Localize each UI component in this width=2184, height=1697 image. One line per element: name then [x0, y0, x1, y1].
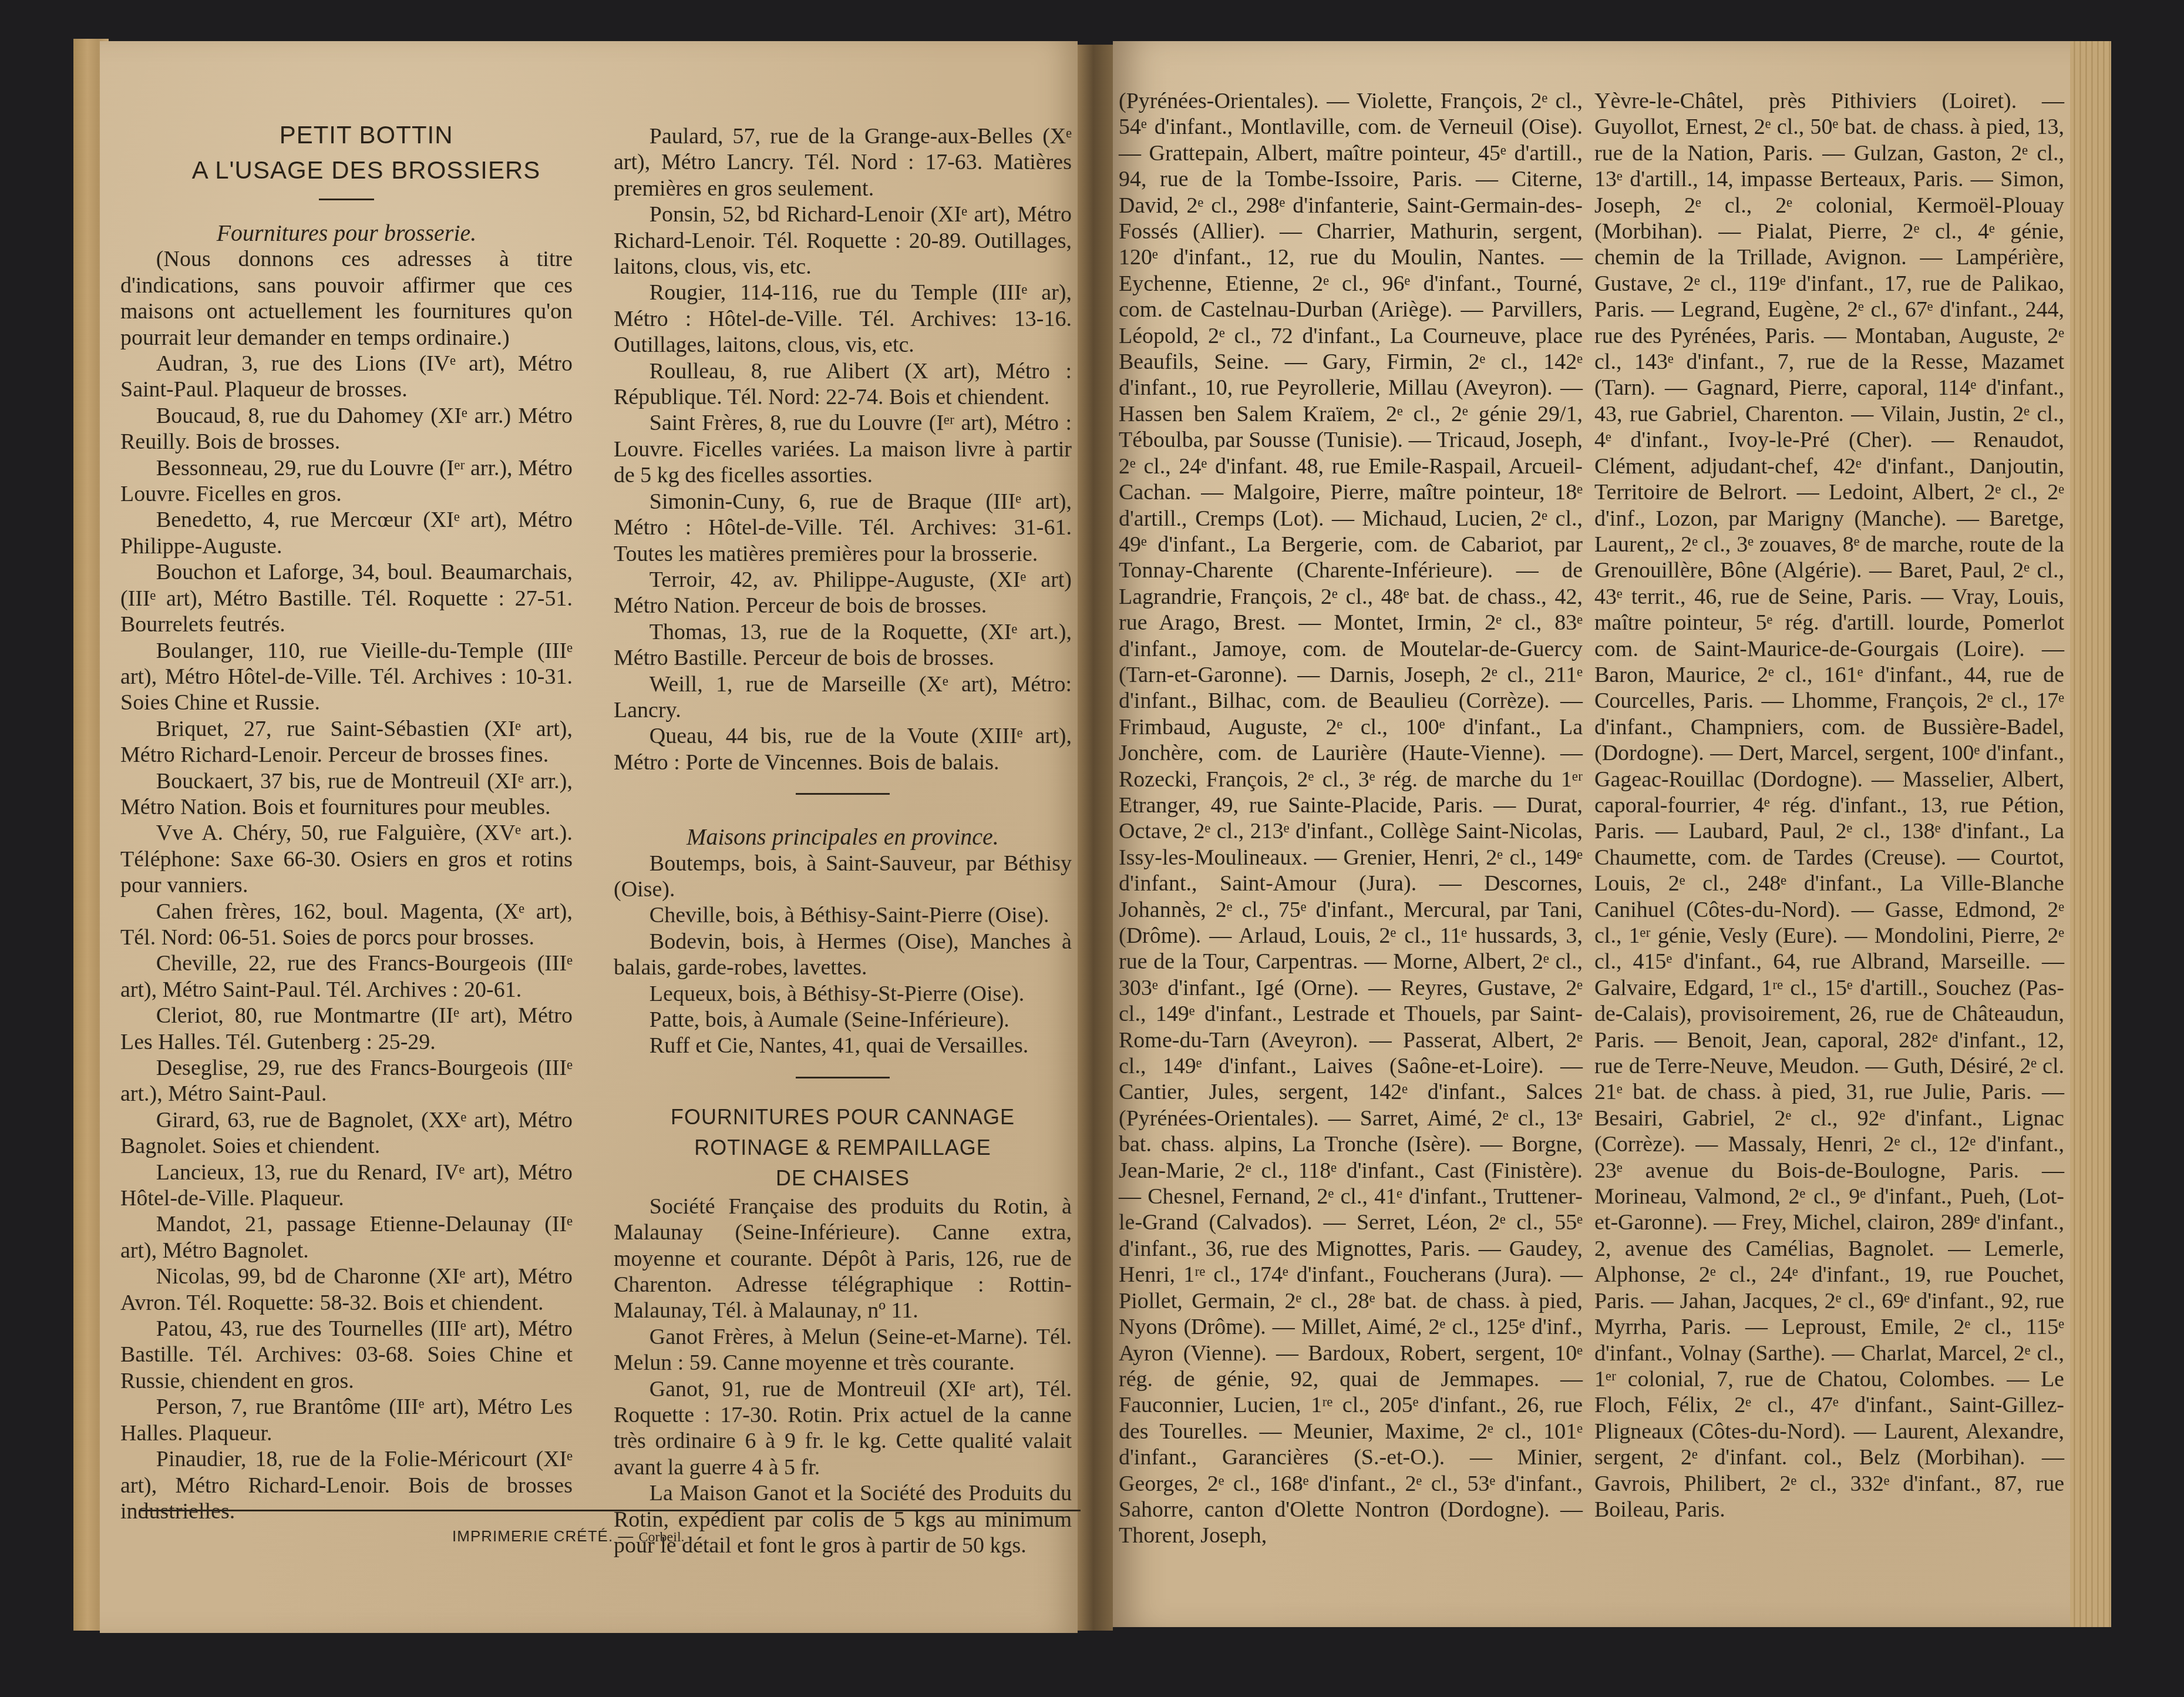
section-heading-cannage-line-2: ROTINAGE & REMPAILLAGE	[614, 1133, 1072, 1163]
directory-entry: Boucaud, 8, rue du Dahomey (XIᵉ arr.) Mé…	[120, 403, 573, 455]
section-heading-province: Maisons principales en province.	[614, 824, 1072, 850]
directory-entry: Boulanger, 110, rue Vieille-du-Temple (I…	[120, 638, 573, 716]
directory-entry: Saint Frères, 8, rue du Louvre (Iᵉʳ art)…	[614, 410, 1072, 488]
left-page-column-2: Paulard, 57, rue de la Grange-aux-Belles…	[614, 123, 1072, 1559]
province-entry: Boutemps, bois, à Saint-Sauveur, par Bét…	[614, 851, 1072, 903]
directory-entry: Bessonneau, 29, rue du Louvre (Iᵉʳ arr.)…	[120, 455, 573, 508]
directory-entry: Cleriot, 80, rue Montmartre (IIᵉ art), M…	[120, 1003, 573, 1055]
section-divider	[796, 1077, 890, 1078]
page-title-line-1: PETIT BOTTIN	[120, 117, 573, 153]
directory-entry: Vve A. Chéry, 50, rue Falguière, (XVᵉ ar…	[120, 820, 573, 898]
soldier-list-text: Yèvre-le-Châtel, près Pithiviers (Loiret…	[1594, 88, 2064, 1523]
directory-entry: Weill, 1, rue de Marseille (Xᵉ art), Mét…	[614, 671, 1072, 724]
directory-entry: Thomas, 13, rue de la Roquette, (XIᵉ art…	[614, 619, 1072, 671]
printer-name: IMPRIMERIE CRÉTÉ. —	[452, 1527, 634, 1545]
directory-entry: Bouckaert, 37 bis, rue de Montreuil (XIᵉ…	[120, 768, 573, 821]
directory-entry: Ponsin, 52, bd Richard-Lenoir (XIᵉ art),…	[614, 201, 1072, 280]
page-title-line-2: A L'USAGE DES BROSSIERS	[120, 153, 573, 188]
directory-entry: Person, 7, rue Brantôme (IIIᵉ art), Métr…	[120, 1394, 573, 1446]
section-heading-brosserie: Fournitures pour brosserie.	[120, 220, 573, 246]
directory-entry: Cheville, 22, rue des Francs-Bourgeois (…	[120, 950, 573, 1003]
province-entry: Bodevin, bois, à Hermes (Oise), Manches …	[614, 929, 1072, 981]
directory-entry: Nicolas, 99, bd de Charonne (XIᵉ art), M…	[120, 1263, 573, 1316]
right-page-column-1: (Pyrénées-Orientales). — Violette, Franç…	[1119, 88, 1583, 1549]
section-divider	[796, 793, 890, 795]
province-entry: Patte, bois, à Aumale (Seine-Inférieure)…	[614, 1007, 1072, 1033]
directory-entry: Girard, 63, rue de Bagnolet, (XXᵉ art), …	[120, 1107, 573, 1160]
directory-entry: Audran, 3, rue des Lions (IVᵉ art), Métr…	[120, 351, 573, 403]
province-entry: Lequeux, bois, à Béthisy-St-Pierre (Oise…	[614, 981, 1072, 1007]
book-edge-right	[2070, 41, 2111, 1627]
directory-entry: Briquet, 27, rue Saint-Sébastien (XIᵉ ar…	[120, 716, 573, 768]
printer-footer: IMPRIMERIE CRÉTÉ. — Corbeil.	[452, 1527, 685, 1545]
directory-entry: Benedetto, 4, rue Mercœur (XIᵉ art), Mét…	[120, 507, 573, 559]
directory-entry: Roulleau, 8, rue Alibert (X art), Métro …	[614, 358, 1072, 411]
directory-entry: Rougier, 114-116, rue du Temple (IIIᵉ ar…	[614, 280, 1072, 358]
directory-entry: Queau, 44 bis, rue de la Voute (XIIIᵉ ar…	[614, 723, 1072, 775]
directory-entry: Pinaudier, 18, rue de la Folie-Méricourt…	[120, 1446, 573, 1524]
directory-entry: Cahen frères, 162, boul. Magenta, (Xᵉ ar…	[120, 899, 573, 951]
section-heading-cannage-line-1: FOURNITURES POUR CANNAGE	[614, 1102, 1072, 1133]
province-entry: Cheville, bois, à Béthisy-Saint-Pierre (…	[614, 902, 1072, 928]
title-divider	[319, 199, 374, 200]
book-gutter	[1078, 45, 1113, 1631]
footer-divider	[141, 1510, 1081, 1511]
province-entry: Ruff et Cie, Nantes, 41, quai de Versail…	[614, 1033, 1072, 1058]
cannage-entry: Ganot Frères, à Melun (Seine-et-Marne). …	[614, 1324, 1072, 1376]
cannage-entry: Ganot, 91, rue de Montreuil (XIᵉ art), T…	[614, 1376, 1072, 1481]
section-heading-cannage-line-3: DE CHAISES	[614, 1163, 1072, 1194]
left-page-column-1: PETIT BOTTIN A L'USAGE DES BROSSIERS Fou…	[120, 117, 573, 1524]
directory-entry: Paulard, 57, rue de la Grange-aux-Belles…	[614, 123, 1072, 201]
directory-entry: Patou, 43, rue des Tournelles (IIIᵉ art)…	[120, 1316, 573, 1394]
soldier-list-text: (Pyrénées-Orientales). — Violette, Franç…	[1119, 88, 1583, 1549]
directory-entry: Mandot, 21, passage Etienne-Delaunay (II…	[120, 1211, 573, 1263]
right-page-column-2: Yèvre-le-Châtel, près Pithiviers (Loiret…	[1594, 88, 2064, 1523]
cannage-entry: Société Française des produits du Rotin,…	[614, 1194, 1072, 1324]
intro-paragraph: (Nous donnons ces adresses à titre d'ind…	[120, 246, 573, 351]
cannage-entry: La Maison Ganot et la Société des Produi…	[614, 1480, 1072, 1558]
printer-city: Corbeil.	[639, 1530, 685, 1545]
directory-entry: Terroir, 42, av. Philippe-Auguste, (XIᵉ …	[614, 567, 1072, 619]
directory-entry: Deseglise, 29, rue des Francs-Bourgeois …	[120, 1055, 573, 1107]
directory-entry: Bouchon et Laforge, 34, boul. Beaumarcha…	[120, 559, 573, 637]
directory-entry: Simonin-Cuny, 6, rue de Braque (IIIᵉ art…	[614, 489, 1072, 567]
directory-entry: Lancieux, 13, rue du Renard, IVᵉ art), M…	[120, 1160, 573, 1212]
